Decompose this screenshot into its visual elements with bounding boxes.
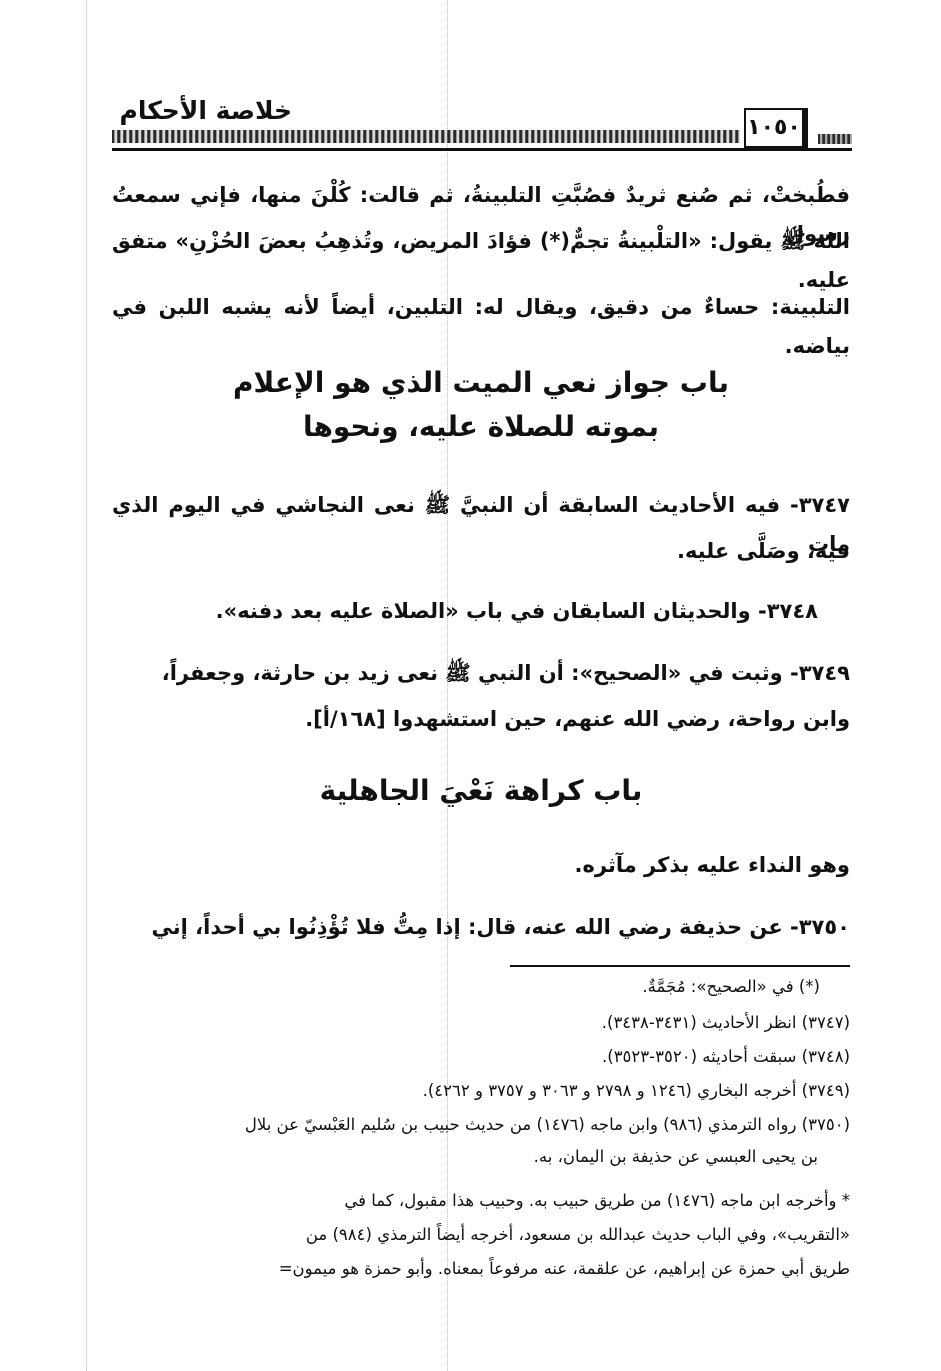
footnote-3750-line-4: «التقريب»، وفي الباب حديث عبدالله بن مسع… [112, 1220, 850, 1249]
footnote-3750-line-5: طريق أبي حمزة عن إبراهيم، عن علقمة، عنه … [112, 1254, 850, 1283]
chapter-heading-2: باب كراهة نَعْيَ الجاهلية [112, 770, 850, 812]
footnote-3749: (٣٧٤٩) أخرجه البخاري (١٢٤٦ و ٢٧٩٨ و ٣٠٦٣… [112, 1076, 850, 1105]
footnote-3750-line-2: بن يحيى العبسي عن حذيفة بن اليمان، به. [112, 1142, 850, 1171]
footnote-3748: (٣٧٤٨) سبقت أحاديثه (٣٥٢٠-٣٥٢٣). [112, 1042, 850, 1071]
header-ornament-band [112, 130, 740, 143]
chapter-heading-line-2: بموته للصلاة عليه، ونحوها [112, 406, 850, 448]
hadith-text: والحديثان السابقان في باب «الصلاة عليه ب… [216, 599, 751, 623]
hadith-text: عن حذيفة رضي الله عنه، قال: إذا مِتُّ فل… [152, 915, 783, 939]
hadith-3750: ٣٧٥٠- عن حذيفة رضي الله عنه، قال: إذا مِ… [112, 908, 850, 947]
hadith-number: ٣٧٥٠- [790, 915, 850, 939]
chapter-intro: وهو النداء عليه بذكر مآثره. [112, 846, 850, 885]
book-page: خلاصة الأحكام ١٠٥٠ فطُبختْ، ثم صُنع ثريد… [0, 0, 941, 1371]
hadith-number: ٣٧٤٧- [790, 493, 850, 517]
footnote-3750-line-3: * وأخرجه ابن ماجه (١٤٧٦) من طريق حبيب به… [112, 1186, 850, 1215]
hadith-number: ٣٧٤٩- [790, 661, 850, 685]
footnote-asterisk: (*) في «الصحيح»: مُجَمَّةٌ. [112, 972, 850, 1001]
gloss-paragraph: التلبينة: حساءٌ من دقيق، ويقال له: التلب… [112, 288, 850, 366]
footnote-3747: (٣٧٤٧) انظر الأحاديث (٣٤٣١-٣٤٣٨). [112, 1008, 850, 1037]
hadith-3749-line-1: ٣٧٤٩- وثبت في «الصحيح»: أن النبي ﷺ نعى ز… [112, 654, 850, 693]
page-number: ١٠٥٠ [744, 108, 808, 148]
footnote-3750-line-1: (٣٧٥٠) رواه الترمذي (٩٨٦) وابن ماجه (١٤٧… [112, 1110, 850, 1139]
footnote-separator [510, 965, 850, 967]
chapter-heading-line-1: باب جواز نعي الميت الذي هو الإعلام [112, 362, 850, 404]
hadith-3748: ٣٧٤٨- والحديثان السابقان في باب «الصلاة … [112, 592, 850, 631]
running-title: خلاصة الأحكام [112, 96, 292, 126]
hadith-3747-line-2: فيه، وصَلَّى عليه. [112, 532, 850, 571]
header-rule [112, 148, 852, 151]
scan-artifact-line [86, 0, 87, 1371]
header-ornament-band-right [818, 134, 852, 144]
hadith-number: ٣٧٤٨- [758, 599, 818, 623]
hadith-text: وثبت في «الصحيح»: أن النبي ﷺ نعى زيد بن … [162, 661, 783, 685]
hadith-3749-line-2: وابن رواحة، رضي الله عنهم، حين استشهدوا … [112, 700, 850, 739]
